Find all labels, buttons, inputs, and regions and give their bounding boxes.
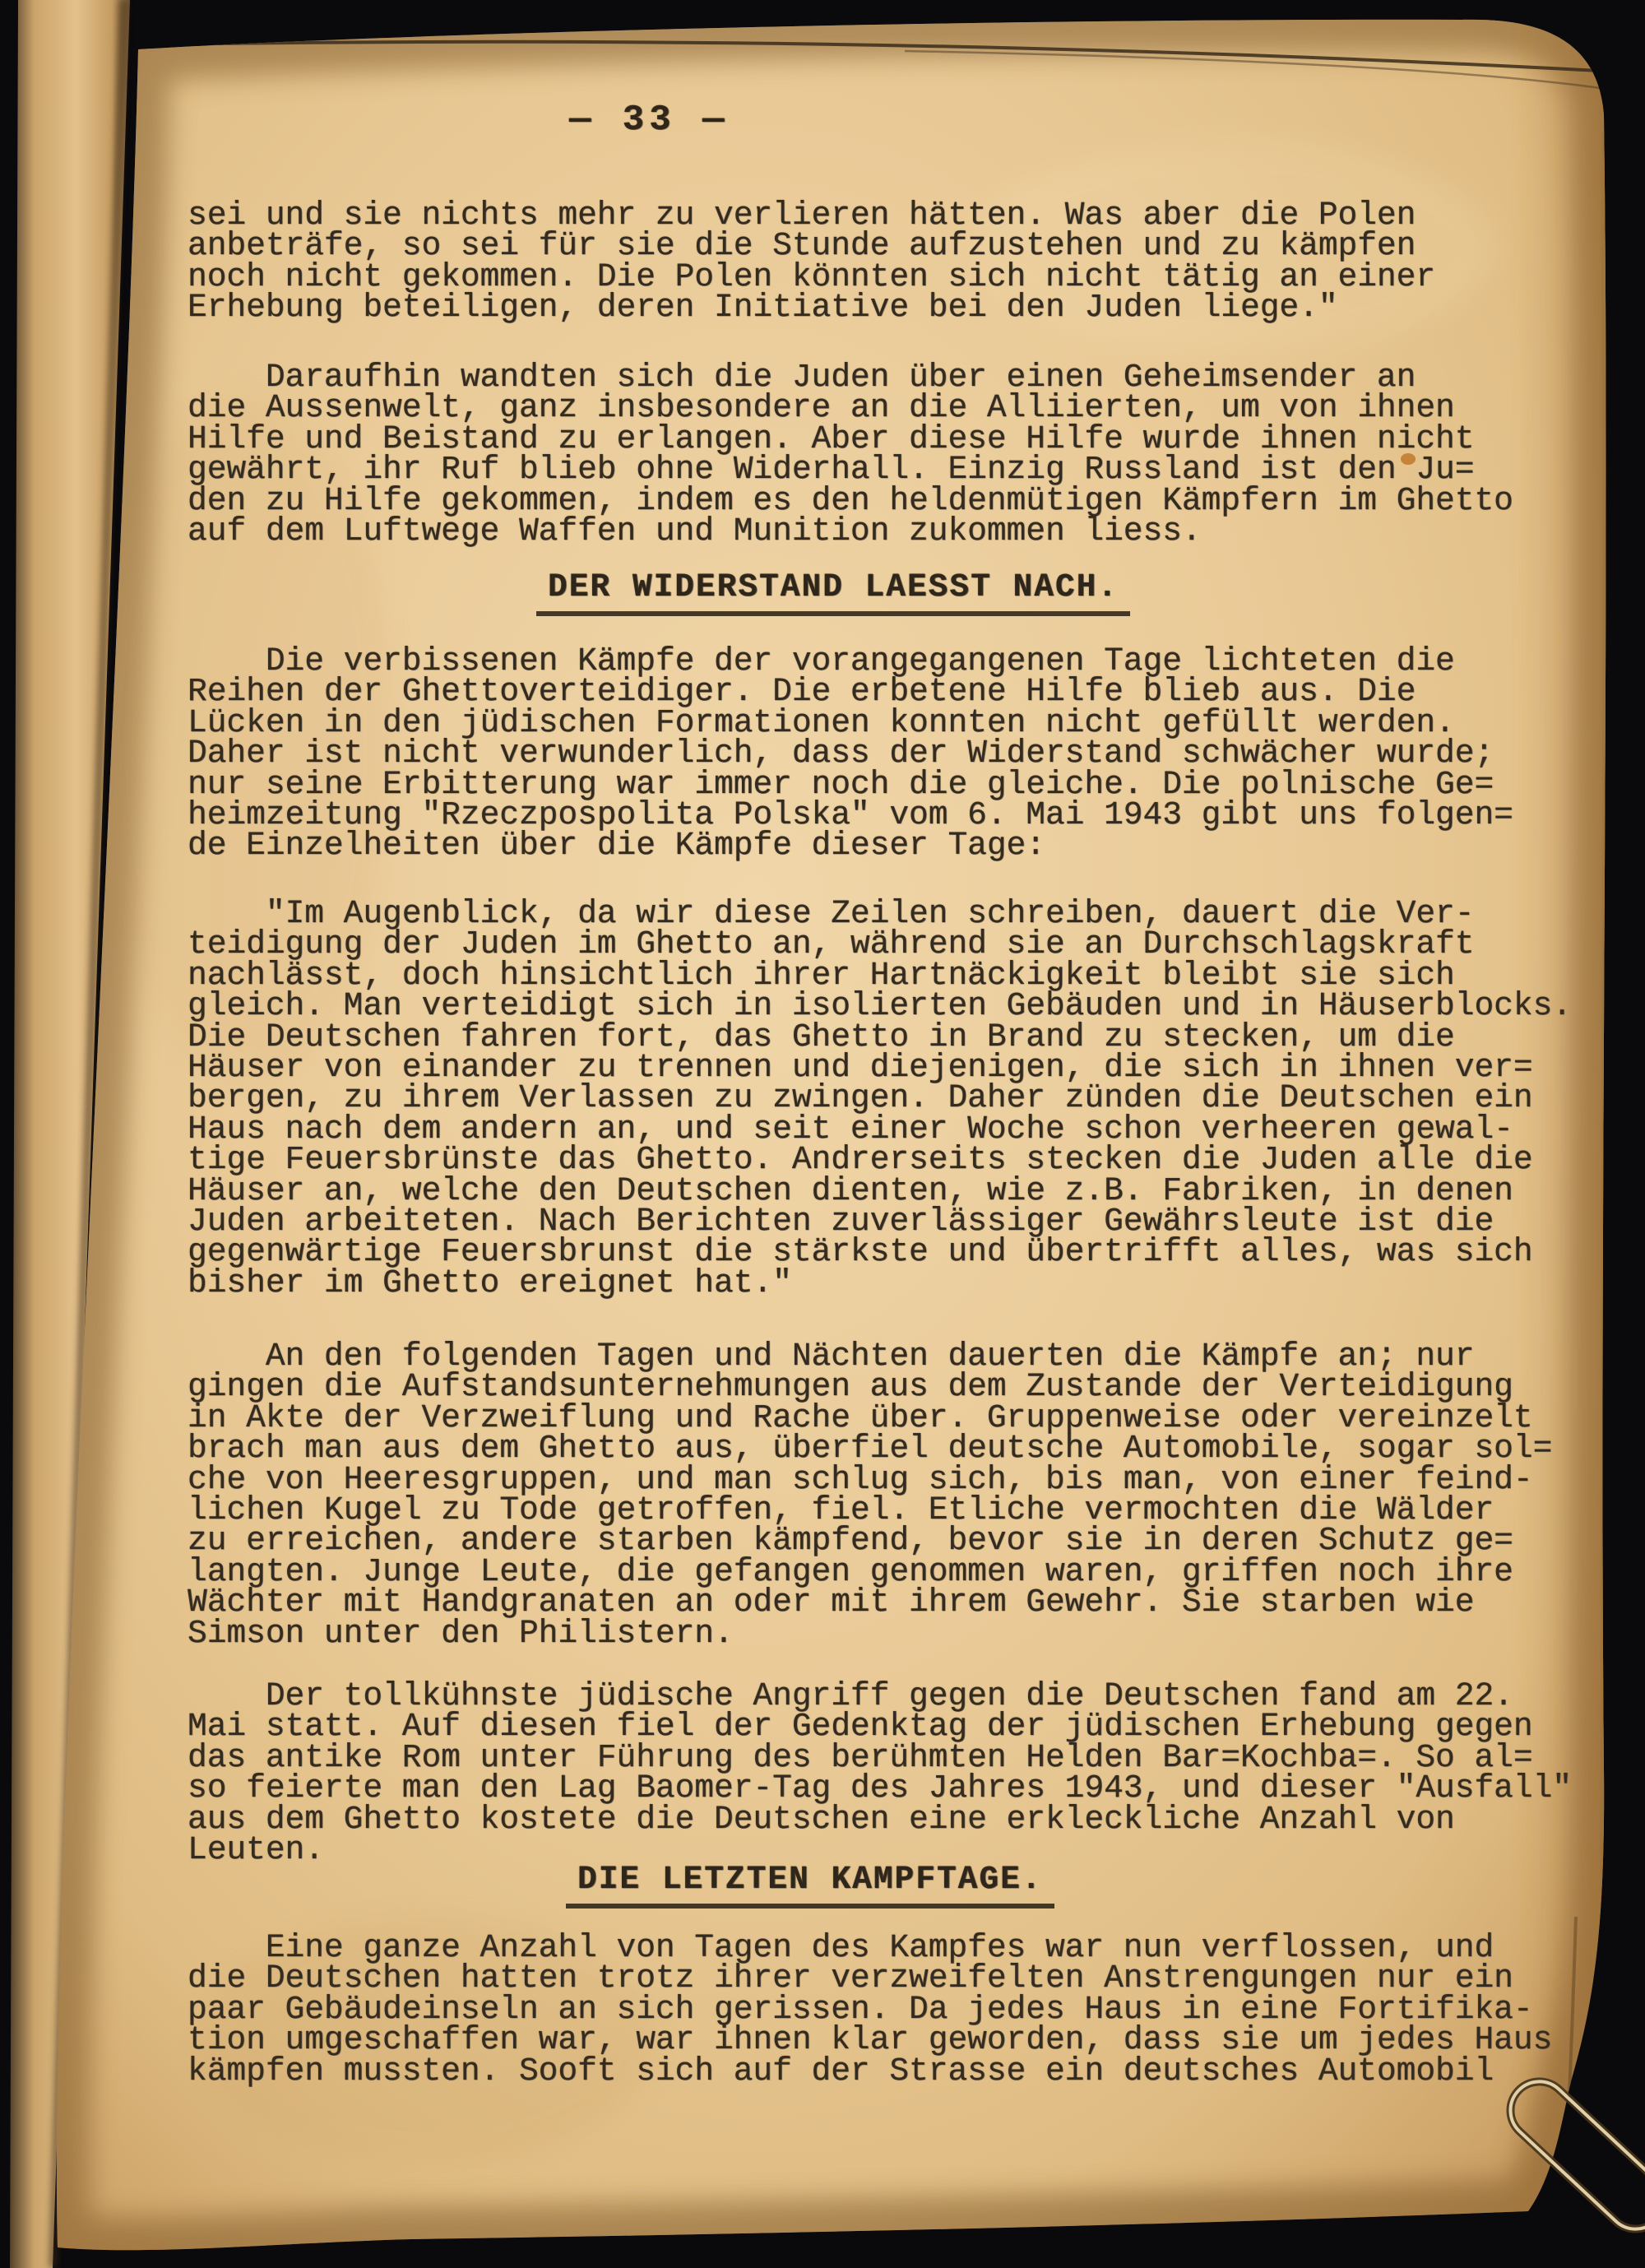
paragraph: Daraufhin wandten sich die Juden über ei… <box>188 362 1513 546</box>
paragraph: Eine ganze Anzahl von Tagen des Kampfes … <box>188 1932 1552 2086</box>
section-heading-kampftage: DIE LETZTEN KAMPFTAGE. <box>566 1863 1054 1909</box>
paragraph-continuation: sei und sie nichts mehr zu verlieren hät… <box>188 200 1435 323</box>
section-heading-widerstand: DER WIDERSTAND LAESST NACH. <box>536 571 1130 616</box>
paragraph: Die verbissenen Kämpfe der vorangegangen… <box>188 646 1513 861</box>
section-heading-text: DER WIDERSTAND LAESST NACH. <box>536 571 1130 616</box>
section-heading-text: DIE LETZTEN KAMPFTAGE. <box>566 1863 1054 1909</box>
paragraph: Der tollkühnste jüdische Angriff gegen d… <box>188 1681 1572 1865</box>
page-number: — 33 — <box>569 102 729 138</box>
paragraph: An den folgenden Tagen und Nächten dauer… <box>188 1341 1552 1649</box>
document-page: — 33 — sei und sie nichts mehr zu verlie… <box>0 0 1645 2268</box>
paragraph: "Im Augenblick, da wir diese Zeilen schr… <box>188 898 1572 1298</box>
